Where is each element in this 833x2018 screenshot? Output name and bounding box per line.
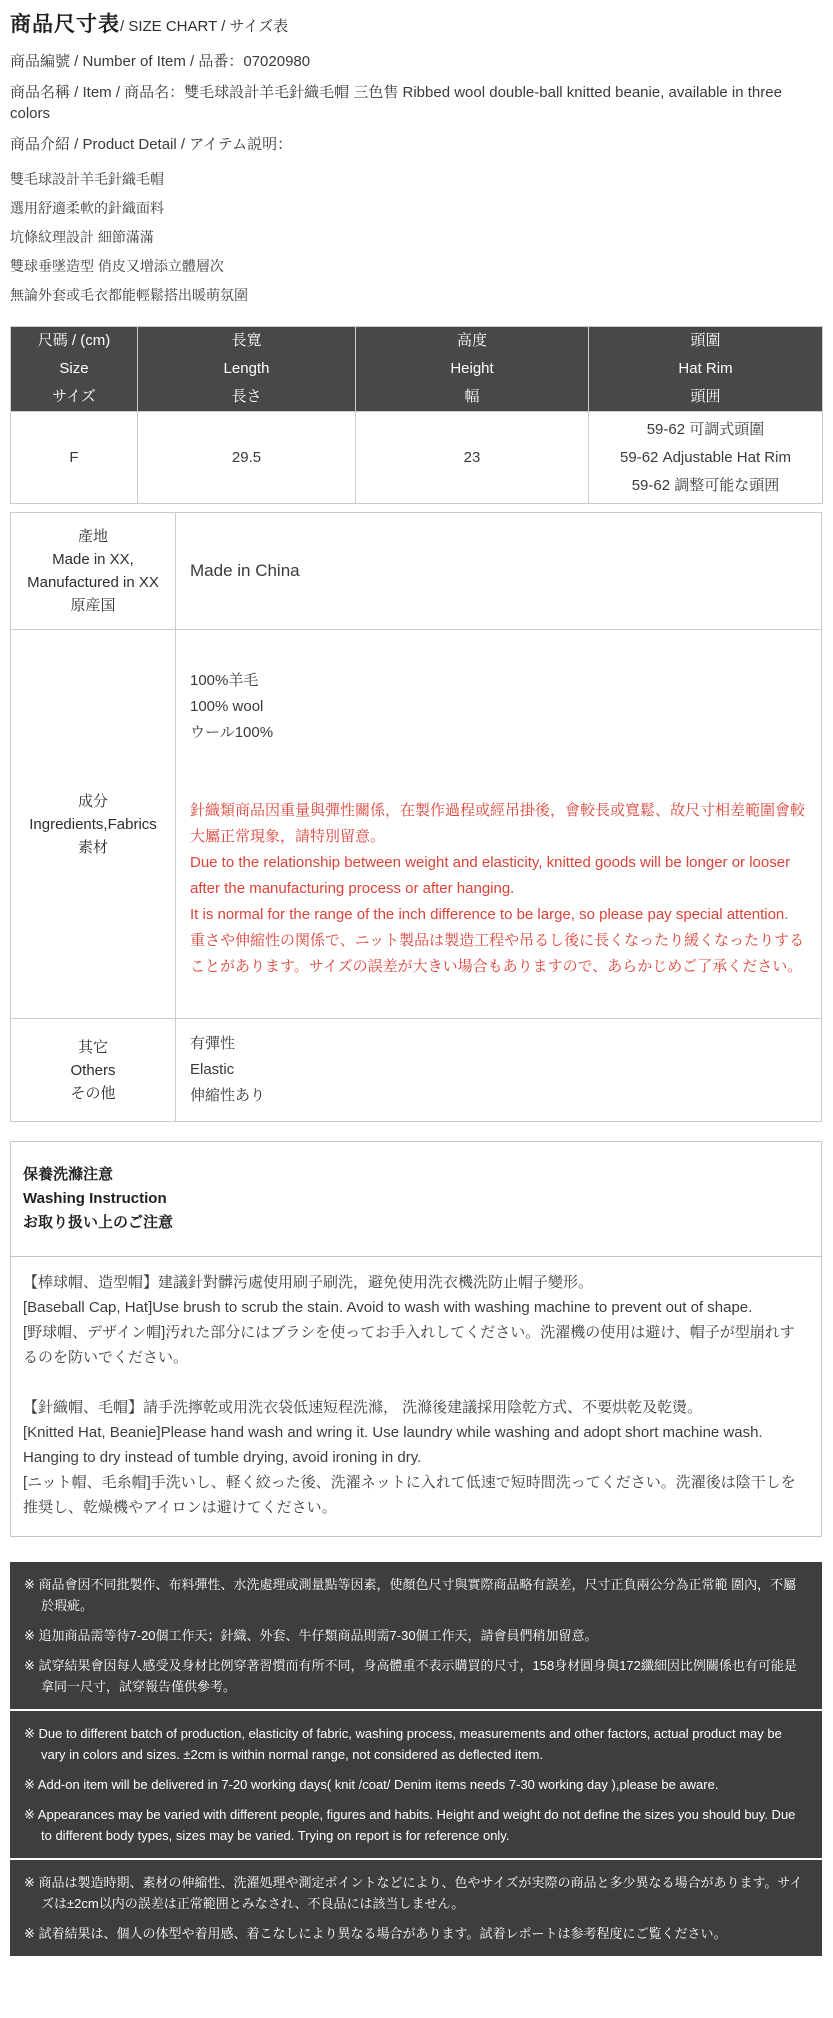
fabric-value-cell: 100%羊毛 100% wool ウール100% 針織類商品因重量與彈性關係，在…	[176, 630, 822, 1019]
others-value: 有彈性 Elastic 伸縮性あり	[176, 1019, 822, 1122]
washing-paragraph-beanie: 【針織帽、毛帽】請手洗擰乾或用洗衣袋低速短程洗滌， 洗滌後建議採用陰乾方式、不要…	[23, 1395, 809, 1520]
size-chart-header-row: 尺碼 / (cm) Size サイズ 長寬 Length 長さ 高度 Heigh…	[11, 327, 823, 412]
notice-item: ※ Add-on item will be delivered in 7-20 …	[24, 1774, 808, 1795]
product-detail-line: 無論外套或毛衣都能輕鬆搭出暖萌氛圍	[10, 281, 822, 310]
disclaimer-notices: ※ 商品會因不同批製作、布料彈性、水洗處理或測量點等因素，使顏色尺寸與實際商品略…	[10, 1562, 822, 1956]
origin-label: 產地 Made in XX, Manufactured in XX 原産国	[11, 513, 176, 630]
product-detail-line: 坑條紋理設計 細節滿滿	[10, 223, 822, 252]
info-row-others: 其它 Others その他 有彈性 Elastic 伸縮性あり	[11, 1019, 822, 1122]
size-cell-height: 23	[356, 412, 589, 504]
size-chart-page: 商品尺寸表/ SIZE CHART / サイズ表 商品編號 / Number o…	[0, 0, 833, 2018]
size-cell-size: F	[11, 412, 138, 504]
page-title-zh: 商品尺寸表	[10, 13, 120, 36]
size-col-header-length: 長寬 Length 長さ	[138, 327, 356, 412]
size-col-header-size: 尺碼 / (cm) Size サイズ	[11, 327, 138, 412]
notice-item: ※ Due to different batch of production, …	[24, 1723, 808, 1765]
size-cell-hat-rim: 59-62 可調式頭圍 59-62 Adjustable Hat Rim 59-…	[589, 412, 823, 504]
washing-instruction-section: 保養洗滌注意 Washing Instruction お取り扱い上のご注意 【棒…	[10, 1141, 822, 1537]
size-chart-data-row: F 29.5 23 59-62 可調式頭圍 59-62 Adjustable H…	[11, 412, 823, 504]
notice-item: ※ 商品は製造時期、素材の伸縮性、洗濯処理や測定ポイントなどにより、色やサイズが…	[24, 1872, 808, 1914]
fabric-warning-note: 針織類商品因重量與彈性關係，在製作過程或經吊掛後，會較長或寬鬆、故尺寸相差範圍會…	[190, 798, 807, 980]
notice-item: ※ 商品會因不同批製作、布料彈性、水洗處理或測量點等因素，使顏色尺寸與實際商品略…	[24, 1574, 808, 1616]
notice-item: ※ 試穿結果會因每人感受及身材比例穿著習慣而有所不同，身高體重不表示購買的尺寸，…	[24, 1655, 808, 1697]
fabric-label: 成分 Ingredients,Fabrics 素材	[11, 630, 176, 1019]
page-title-translations: / SIZE CHART / サイズ表	[120, 18, 288, 35]
size-col-header-height: 高度 Height 幅	[356, 327, 589, 412]
info-row-origin: 產地 Made in XX, Manufactured in XX 原産国 Ma…	[11, 513, 822, 630]
item-name-line: 商品名稱 / Item / 商品名：雙毛球設計羊毛針織毛帽 三色售 Ribbed…	[10, 82, 822, 124]
product-detail-line: 雙球垂墜造型 俏皮又增添立體層次	[10, 252, 822, 281]
size-chart-table: 尺碼 / (cm) Size サイズ 長寬 Length 長さ 高度 Heigh…	[10, 326, 823, 504]
item-number-line: 商品編號 / Number of Item / 品番：07020980	[10, 51, 822, 72]
notice-box-zh: ※ 商品會因不同批製作、布料彈性、水洗處理或測量點等因素，使顏色尺寸與實際商品略…	[10, 1562, 822, 1709]
fabric-composition: 100%羊毛 100% wool ウール100%	[190, 668, 807, 746]
notice-box-ja: ※ 商品は製造時期、素材の伸縮性、洗濯処理や測定ポイントなどにより、色やサイズが…	[10, 1860, 822, 1956]
washing-instruction-heading: 保養洗滌注意 Washing Instruction お取り扱い上のご注意	[11, 1142, 821, 1257]
size-col-header-hat-rim: 頭圍 Hat Rim 頭囲	[589, 327, 823, 412]
size-cell-length: 29.5	[138, 412, 356, 504]
notice-item: ※ 試着結果は、個人の体型や着用感、着こなしにより異なる場合があります。試着レポ…	[24, 1923, 808, 1944]
notice-item: ※ 追加商品需等待7-20個工作天；針織、外套、牛仔類商品則需7-30個工作天，…	[24, 1625, 808, 1646]
product-detail-heading: 商品介紹 / Product Detail / アイテム説明：	[10, 134, 822, 155]
washing-paragraph-cap: 【棒球帽、造型帽】建議針對髒污處使用刷子刷洗，避免使用洗衣機洗防止帽子變形。 […	[23, 1270, 809, 1370]
product-detail-line: 雙毛球設計羊毛針織毛帽	[10, 165, 822, 194]
info-row-fabric: 成分 Ingredients,Fabrics 素材 100%羊毛 100% wo…	[11, 630, 822, 1019]
page-title: 商品尺寸表/ SIZE CHART / サイズ表	[10, 8, 822, 38]
product-detail-list: 雙毛球設計羊毛針織毛帽 選用舒適柔軟的針織面料 坑條紋理設計 細節滿滿 雙球垂墜…	[10, 165, 822, 310]
product-info-table: 產地 Made in XX, Manufactured in XX 原産国 Ma…	[10, 512, 822, 1122]
others-label: 其它 Others その他	[11, 1019, 176, 1122]
washing-instruction-body: 【棒球帽、造型帽】建議針對髒污處使用刷子刷洗，避免使用洗衣機洗防止帽子變形。 […	[11, 1257, 821, 1536]
notice-item: ※ Appearances may be varied with differe…	[24, 1804, 808, 1846]
product-detail-line: 選用舒適柔軟的針織面料	[10, 194, 822, 223]
origin-value: Made in China	[176, 513, 822, 630]
notice-box-en: ※ Due to different batch of production, …	[10, 1711, 822, 1858]
